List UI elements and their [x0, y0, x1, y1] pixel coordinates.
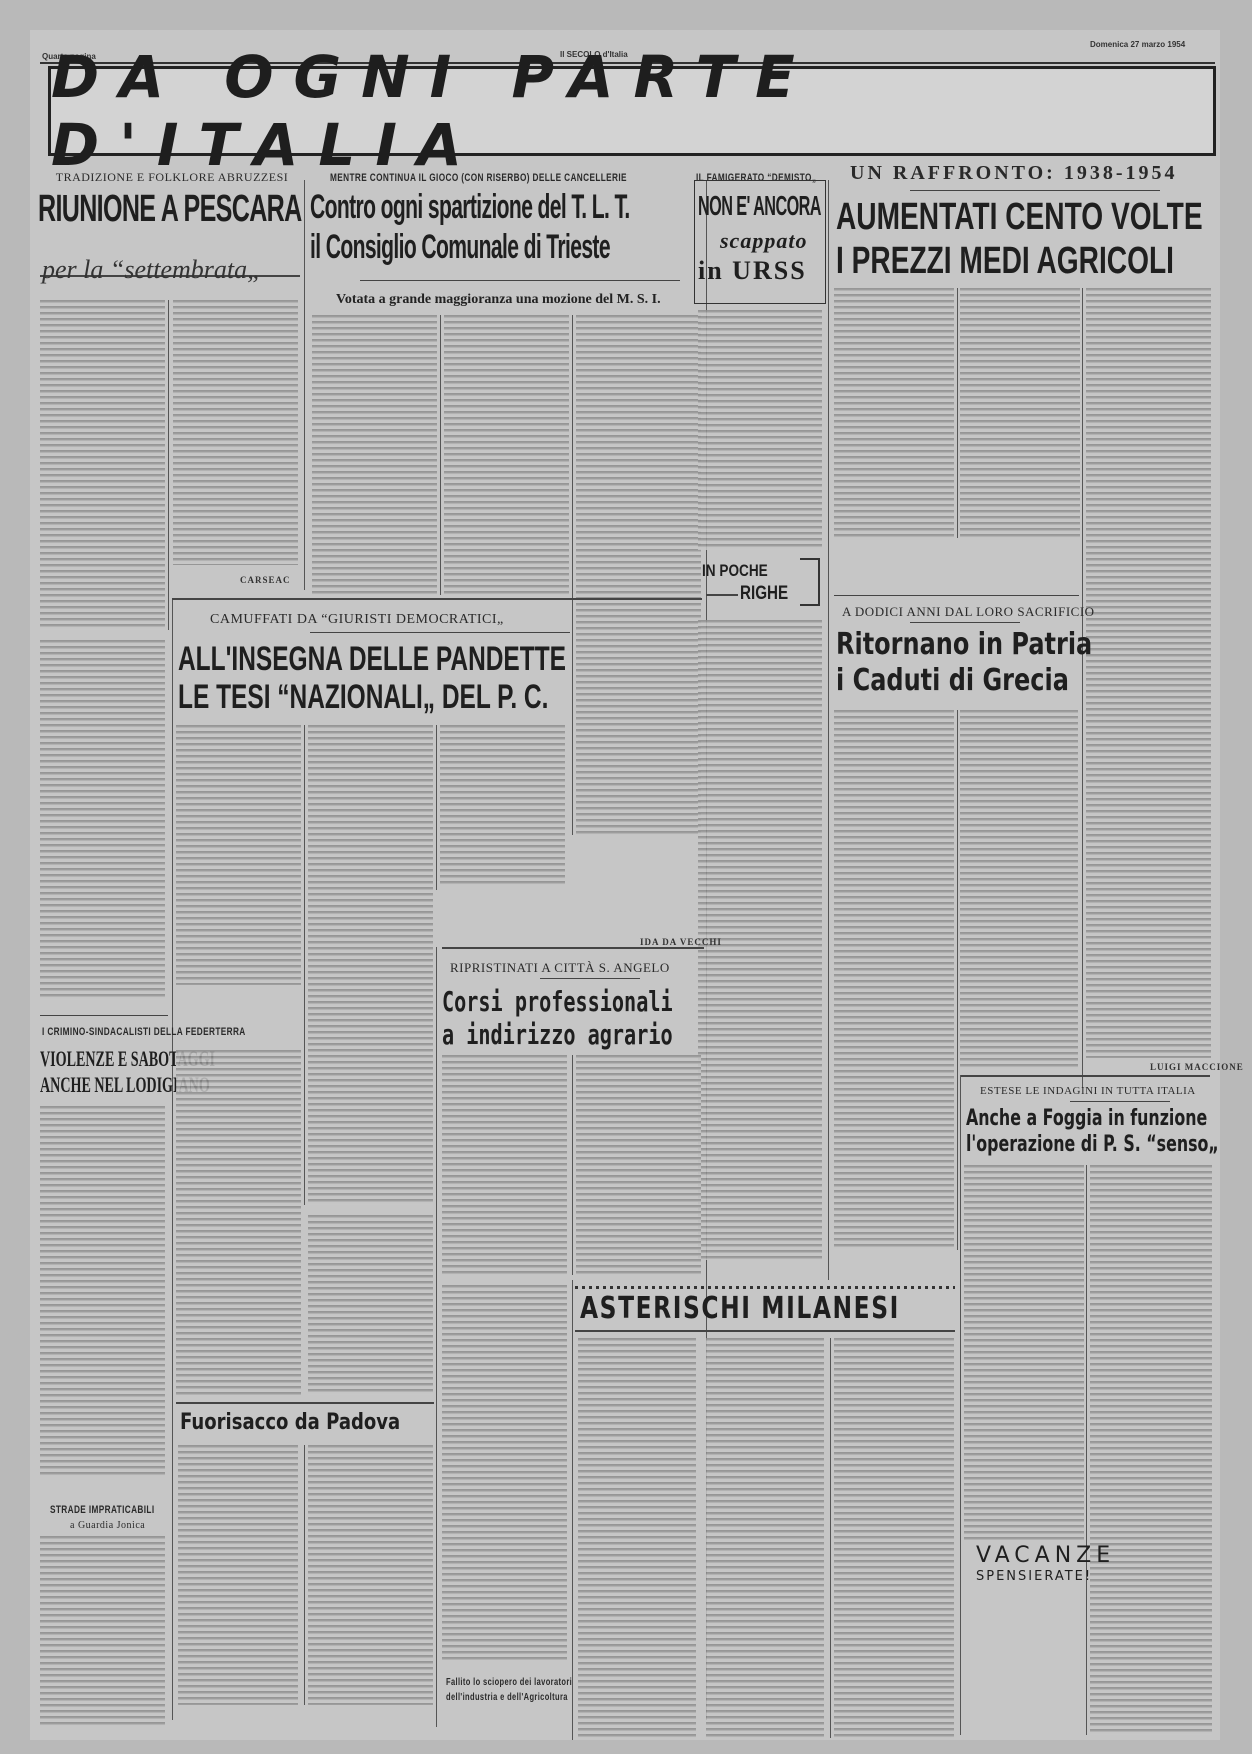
rule	[910, 622, 1020, 623]
grecia-headline-2: i Caduti di Grecia	[836, 666, 1069, 696]
prezzi-body-col3	[1086, 288, 1211, 1058]
poche-righe-bracket	[800, 558, 820, 606]
rule	[172, 598, 702, 600]
section-title: DA OGNI PARTE D'ITALIA	[51, 43, 1213, 179]
asterischi-body-col3	[834, 1338, 954, 1738]
pescara-kicker: Tradizione e folklore abruzzesi	[42, 170, 302, 185]
strade-headline-1: STRADE IMPRATICABILI	[50, 1504, 155, 1516]
corsi-kicker: Ripristinati a Città S. Angelo	[450, 960, 670, 976]
pandette-body-col2	[308, 725, 433, 1205]
prezzi-headline-2: I PREZZI MEDI AGRICOLI	[836, 242, 1174, 280]
sciopero-headline-2: dell'industria e dell'Agricoltura	[446, 1692, 568, 1703]
rule	[575, 1330, 955, 1332]
rule	[910, 190, 1160, 191]
rule	[706, 594, 738, 596]
column-rule	[304, 725, 305, 1205]
grecia-body-col2	[960, 710, 1078, 1070]
rule	[540, 978, 640, 979]
asterischi-body-col2	[706, 1338, 824, 1738]
column-rule	[572, 315, 573, 835]
column-rule	[572, 1280, 573, 1740]
padova-body-col1	[178, 1445, 298, 1705]
corsi-headline-1: Corsi professionali	[442, 985, 673, 1018]
rule	[360, 280, 680, 281]
column-rule	[957, 288, 958, 538]
padova-body-col2	[308, 1445, 433, 1705]
poche-righe-title: IN POCHE RIGHE	[700, 560, 824, 610]
column-rule	[1086, 1165, 1087, 1735]
lodigiano-body-col3	[308, 1215, 433, 1395]
foggia-body-col2	[1090, 1165, 1212, 1735]
column-rule	[304, 1445, 305, 1705]
demisto-headline-2: scappato	[720, 228, 807, 254]
pescara-byline: CARSEAC	[240, 575, 291, 585]
newspaper-page: Quarta pagina Il SECOLO d'Italia Domenic…	[30, 30, 1220, 1740]
trieste-headline-2: il Consiglio Comunale di Trieste	[310, 230, 610, 264]
pescara-subhead: per la “settembrata„	[42, 255, 262, 285]
asterischi-body-col1	[578, 1338, 696, 1738]
column-rule	[572, 1055, 573, 1275]
column-rule	[436, 725, 437, 890]
pescara-headline: RIUNIONE A PESCARA	[38, 190, 302, 228]
grecia-body-col1	[834, 710, 954, 1250]
foggia-headline-2: l'operazione di P. S. “senso„	[966, 1134, 1219, 1156]
rule	[310, 632, 570, 633]
trieste-body-col2	[444, 315, 569, 595]
section-banner: DA OGNI PARTE D'ITALIA	[48, 66, 1216, 156]
trieste-headline-1: Contro ogni spartizione del T. L. T.	[310, 190, 630, 224]
prezzi-byline: LUIGI MACCIONE	[1150, 1062, 1244, 1072]
corsi-body-continued	[442, 1285, 567, 1660]
foggia-kicker: Estese le indagini in tutta Italia	[980, 1085, 1196, 1097]
column-rule	[828, 180, 829, 1280]
pandette-headline-1: ALL'INSEGNA DELLE PANDETTE	[178, 642, 566, 676]
prezzi-body-col2	[960, 288, 1080, 538]
demisto-body	[698, 310, 822, 550]
strade-body	[40, 1536, 165, 1726]
trieste-subhead: Votata a grande maggioranza una mozione …	[336, 292, 661, 308]
column-rule	[440, 315, 441, 595]
strade-headline-2: a Guardia Jonica	[70, 1520, 145, 1531]
trieste-body-col3	[576, 315, 701, 835]
grecia-kicker: A dodici anni dal loro sacrificio	[842, 604, 1095, 620]
demisto-headline-1: NON E' ANCORA	[698, 192, 821, 220]
trieste-body-col1	[312, 315, 437, 595]
column-rule	[168, 300, 169, 630]
dotted-rule	[575, 1286, 955, 1289]
asterischi-headline: ASTERISCHI MILANESI	[580, 1294, 900, 1324]
prezzi-kicker: UN RAFFRONTO: 1938-1954	[850, 162, 1178, 185]
lodigiano-body-col2	[176, 1050, 301, 1395]
column-rule	[436, 947, 437, 1727]
rule	[442, 947, 704, 949]
prezzi-body-col1	[834, 288, 954, 538]
demisto-headline-3: in URSS	[698, 256, 807, 286]
rule	[960, 1075, 1210, 1077]
column-rule	[960, 1075, 961, 1735]
foggia-headline-1: Anche a Foggia in funzione	[966, 1108, 1207, 1130]
sciopero-headline-1: Fallito lo sciopero dei lavoratori	[446, 1677, 572, 1688]
lodigiano-kicker: I crimino-sindacalisti della Federterra	[42, 1026, 246, 1038]
pandette-body-col3	[440, 725, 565, 885]
rule	[834, 595, 1079, 596]
pescara-body-col2	[173, 300, 298, 565]
column-rule	[957, 710, 958, 1250]
pescara-body-col1	[40, 300, 165, 630]
column-rule	[830, 1338, 831, 1738]
pandette-kicker: Camuffati da “giuristi democratici„	[210, 612, 504, 628]
foggia-body-col1	[964, 1165, 1084, 1540]
column-rule	[172, 600, 173, 1720]
corsi-body-col1	[442, 1055, 567, 1275]
padova-headline: Fuorisacco da Padova	[180, 1412, 400, 1434]
pandette-byline: IDA DA VECCHI	[640, 937, 722, 947]
corsi-body-col2	[576, 1055, 701, 1275]
grecia-headline-1: Ritornano in Patria	[836, 630, 1092, 660]
rule	[1070, 1101, 1170, 1102]
prezzi-headline-1: AUMENTATI CENTO VOLTE	[836, 198, 1203, 236]
column-rule	[1082, 288, 1083, 1088]
vacanze-headline-1: VACANZE	[976, 1545, 1115, 1567]
lodigiano-body-col1	[40, 1106, 165, 1476]
poche-righe-title-2: RIGHE	[740, 584, 788, 603]
rule	[40, 1015, 168, 1016]
vacanze-headline-2: SPENSIERATE!	[976, 1570, 1092, 1583]
pescara-body-continued	[40, 640, 165, 1000]
pandette-body-col1	[176, 725, 301, 985]
corsi-headline-2: a indirizzo agrario	[442, 1018, 673, 1051]
column-rule	[304, 180, 305, 590]
poche-righe-title-1: IN POCHE	[702, 562, 768, 579]
rule	[176, 1402, 434, 1404]
pandette-headline-2: LE TESI “NAZIONALI„ DEL P. C.	[178, 680, 548, 714]
trieste-kicker: Mentre continua il gioco (con riserbo) d…	[330, 172, 627, 184]
